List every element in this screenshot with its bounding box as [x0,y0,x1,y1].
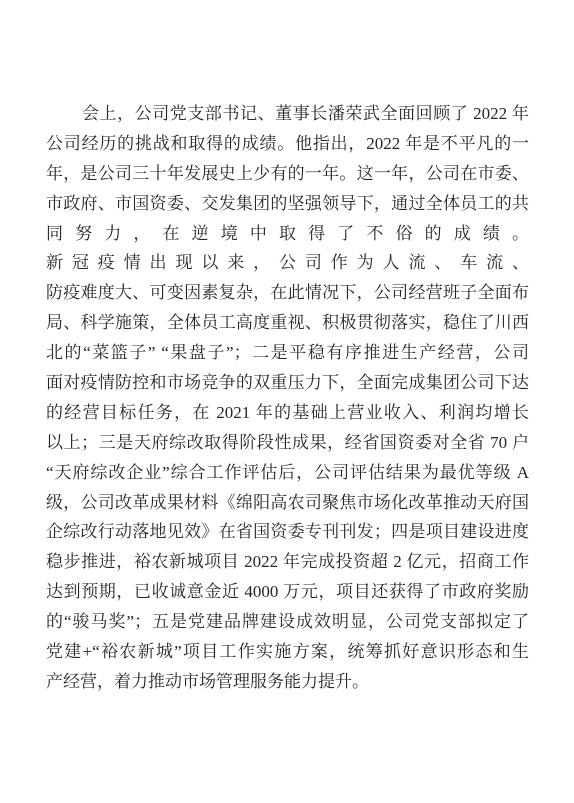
text-line: 级，公司改革成果材料《绵阳高农司聚焦市场化改革推动天府国 [46,488,529,518]
text-line: 北的“菜篮子” “果盘子”；二是平稳有序推进生产经营，公司 [46,338,529,368]
text-line: 新冠疫情出现以来，公司作为人流、车流、物流密集的重点场所， [46,248,529,278]
text-line: 面对疫情防控和市场竞争的双重压力下，全面完成集团公司下达 [46,368,529,398]
text-line: 局、科学施策，全体员工高度重视、积极贯彻落实，稳住了川西 [46,308,529,338]
document-page: 会上，公司党支部书记、董事长潘荣武全面回顾了 2022 年公司经历的挑战和取得的… [0,0,574,803]
text-line: 防疫难度大、可变因素复杂，在此情况下，公司经营班子全面布 [46,278,529,308]
text-line: 以上；三是天府综改取得阶段性成果，经省国资委对全省 70 户 [46,428,529,458]
text-line: 的经营目标任务，在 2021 年的基础上营业收入、利润均增长 10% [46,398,529,428]
text-line: 党建+“裕农新城”项目工作实施方案，统筹抓好意识形态和生 [46,637,529,667]
text-line: 同努力，在逆境中取得了不俗的成绩。一是守住了疫情防控底线， [46,219,529,249]
text-line: 的“骏马奖”；五是党建品牌建设成效明显，公司党支部拟定了 [46,607,529,637]
text-line: 年，是公司三十年发展史上少有的一年。这一年，公司在市委、 [46,159,529,189]
text-line: 产经营，着力推动市场管理服务能力提升。 [46,667,529,697]
text-line: 稳步推进，裕农新城项目 2022 年完成投资超 2 亿元，招商工作 [46,547,529,577]
text-line: 会上，公司党支部书记、董事长潘荣武全面回顾了 2022 年 [46,99,529,129]
text-line: 公司经历的挑战和取得的成绩。他指出，2022 年是不平凡的一 [46,129,529,159]
text-line: 企综改行动落地见效》在省国资委专刊刊发；四是项目建设进度 [46,517,529,547]
text-line: 市政府、市国资委、交发集团的坚强领导下，通过全体员工的共 [46,189,529,219]
body-paragraph: 会上，公司党支部书记、董事长潘荣武全面回顾了 2022 年公司经历的挑战和取得的… [46,99,529,697]
text-line: 达到预期，已收诚意金近 4000 万元，项目还获得了市政府奖励 [46,577,529,607]
text-line: “天府综改企业”综合工作评估后，公司评估结果为最优等级 A [46,458,529,488]
